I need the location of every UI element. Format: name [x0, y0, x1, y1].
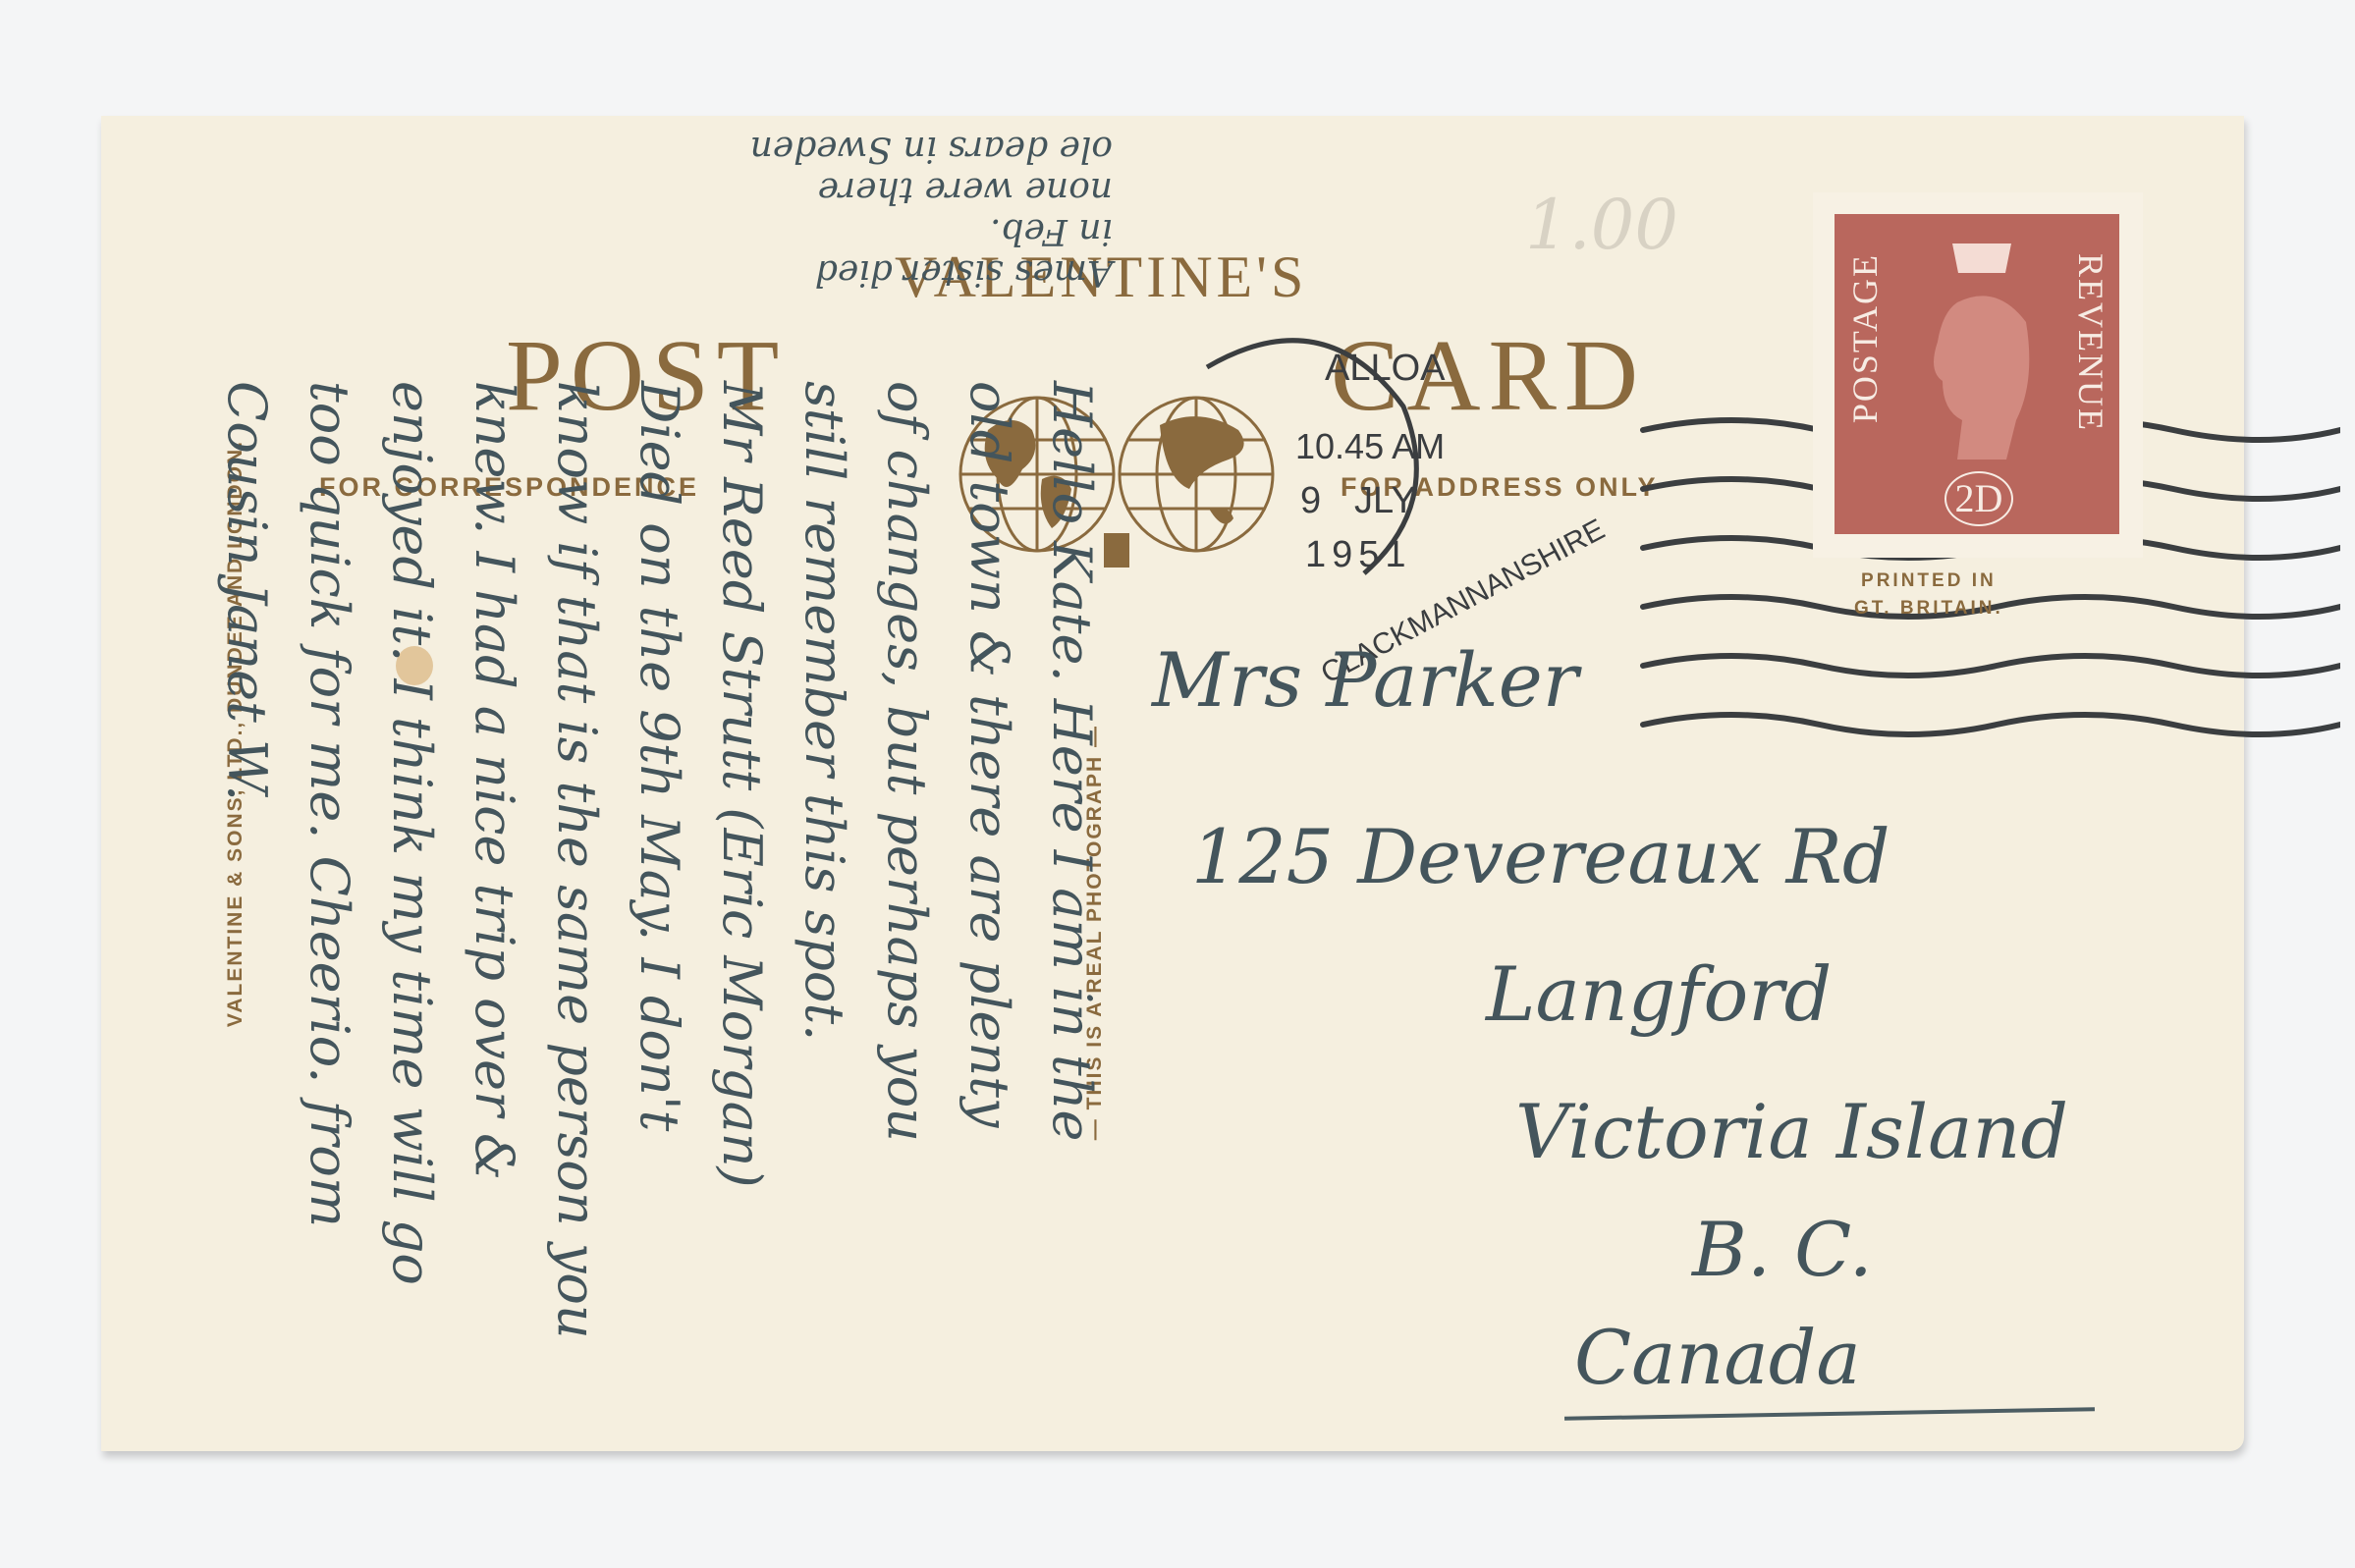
- message-line: Hello Kate. Here I am in the: [1030, 381, 1113, 1422]
- postmark-town: ALLOA: [1325, 348, 1446, 390]
- message-signature: Cousin Janet W.: [205, 381, 288, 1422]
- message-line: too quick for me. Cheerio. from: [288, 381, 370, 1422]
- address-line: Victoria Island: [1515, 1088, 2068, 1175]
- handwritten-message: Hello Kate. Here I am in the old town & …: [248, 381, 1093, 1422]
- address-line: Langford: [1486, 950, 1832, 1038]
- address-line: B. C.: [1692, 1206, 1873, 1293]
- stamp-revenue-text: REVENUE: [2070, 253, 2111, 432]
- address-line: Mrs Parker: [1152, 636, 1578, 724]
- message-line: knew. I had a nice trip over &: [453, 381, 535, 1422]
- postmark: ALLOA 10.45 AM 9 JLY 1951 CLACKMANNANSHI…: [1177, 328, 1452, 622]
- postmark-time: 10.45 AM: [1295, 426, 1445, 467]
- message-line: old town & there are plenty: [948, 381, 1030, 1422]
- message-line: still remember this spot.: [783, 381, 865, 1422]
- king-portrait-icon: [1913, 234, 2051, 460]
- postage-stamp: POSTAGE REVENUE 2D: [1813, 192, 2143, 558]
- stamp-face: POSTAGE REVENUE 2D: [1835, 214, 2119, 534]
- postcard-back: 1.00 VALENTINE'S POST CARD FOR CORRESPON…: [101, 116, 2244, 1451]
- message-line: Died on the 9th May. I don't: [618, 381, 700, 1422]
- address-line: 125 Devereaux Rd: [1191, 813, 1890, 900]
- stamp-postage-text: POSTAGE: [1844, 253, 1886, 423]
- upside-down-note: Ames sister died in Feb. none were there…: [563, 128, 1113, 293]
- message-line: Mr Reed Strutt (Eric Morgan): [700, 381, 783, 1422]
- address-underline: [1564, 1407, 2095, 1420]
- message-line: of changes, but perhaps you: [865, 381, 948, 1422]
- postmark-day: 9: [1300, 480, 1321, 522]
- message-line: know if that is the same person you: [535, 381, 618, 1422]
- address-line: Canada: [1574, 1314, 1861, 1401]
- postmark-month: JLY: [1354, 480, 1416, 522]
- message-line: enjoyed it. I think my time will go: [370, 381, 453, 1422]
- pencil-price-mark: 1.00: [1525, 185, 1678, 265]
- stamp-value: 2D: [1944, 471, 2013, 526]
- printed-in-britain: PRINTED IN GT. BRITAIN.: [1854, 568, 2003, 622]
- postmark-year: 1951: [1305, 534, 1412, 576]
